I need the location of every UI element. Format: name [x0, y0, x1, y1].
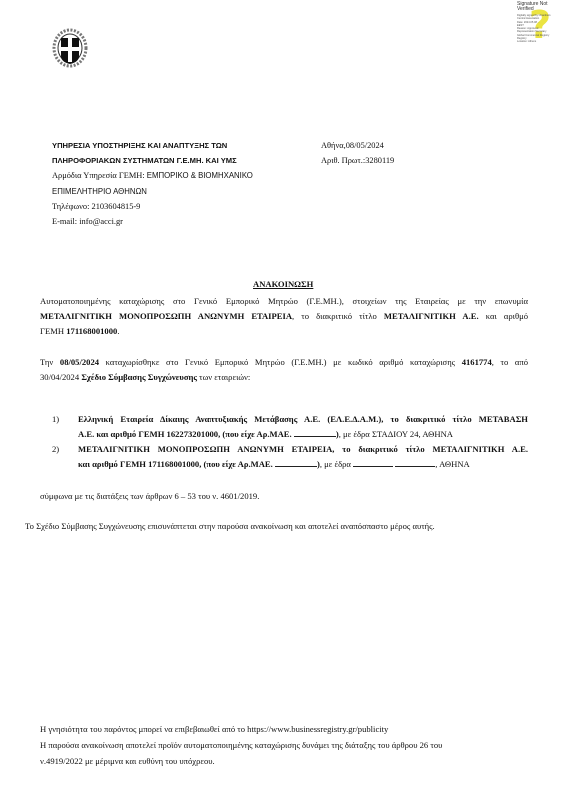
protocol-number: Αριθ. Πρωτ.:3280119: [321, 155, 394, 166]
para1-line3: ΓΕΜΗ 171168001000.: [40, 326, 119, 337]
email-link[interactable]: E-mail: info@acci.gr: [52, 216, 123, 227]
signature-stamp[interactable]: ? Signature Not Verified Digitally signe…: [515, 2, 563, 50]
footer-legal-line1: Η παρούσα ανακοίνωση αποτελεί προϊόν αυτ…: [40, 740, 442, 751]
phone: Τηλέφωνο: 2103604815-9: [52, 201, 140, 212]
para1-line1: Αυτοματοποιημένης καταχώρισης στο Γενικό…: [40, 296, 528, 307]
company-2-number: 2): [52, 444, 59, 455]
para2-line2: 30/04/2024 Σχέδιο Σύμβασης Συγχώνευσης τ…: [40, 372, 250, 383]
attachment-note: Το Σχέδιο Σύμβασης Συγχώνευσης επισυνάπτ…: [25, 521, 435, 532]
para1-line2: ΜΕΤΑΛΙΓΝΙΤΙΚΗ ΜΟΝΟΠΡΟΣΩΠΗ ΑΝΩΝΥΜΗ ΕΤΑΙΡΕ…: [40, 311, 528, 322]
place-date: Αθήνα,08/05/2024: [321, 140, 384, 151]
company-1-number: 1): [52, 414, 59, 425]
signature-status: Signature Not Verified: [517, 2, 563, 12]
para2-line1: Την 08/05/2024 καταχωρίσθηκε στο Γενικό …: [40, 357, 528, 368]
signature-details: Digitally signed by Chambers Central Ass…: [517, 14, 561, 44]
company-2-line1: ΜΕΤΑΛΙΓΝΙΤΙΚΗ ΜΟΝΟΠΡΟΣΩΠΗ ΑΝΩΝΥΜΗ ΕΤΑΙΡΕ…: [78, 444, 528, 455]
company-2-line2: και αριθμό ΓΕΜΗ 171168001000, (που είχε …: [78, 459, 470, 470]
company-1-line2: Α.Ε. και αριθμό ΓΕΜΗ 162273201000, (που …: [78, 429, 453, 440]
footer-verification[interactable]: Η γνησιότητα του παρόντος μπορεί να επιβ…: [40, 724, 388, 735]
legal-basis: σύμφωνα με τις διατάξεις των άρθρων 6 – …: [40, 491, 259, 502]
page-title: ΑΝΑΚΟΙΝΩΣΗ: [253, 279, 313, 290]
competent-service: Αρμόδια Υπηρεσία ΓΕΜΗ: ΕΜΠΟΡΙΚΟ & ΒΙΟΜΗΧ…: [52, 170, 253, 181]
company-1-line1: Ελληνική Εταιρεία Δίκαιης Αναπτυξιακής Μ…: [78, 414, 528, 425]
org-name-line2: ΠΛΗΡΟΦΟΡΙΑΚΩΝ ΣΥΣΤΗΜΑΤΩΝ Γ.Ε.ΜΗ. ΚΑΙ ΥΜΣ: [52, 155, 237, 166]
competent-service-cont: ΕΠΙΜΕΛΗΤΗΡΙΟ ΑΘΗΝΩΝ: [52, 186, 147, 197]
greek-coat-of-arms-emblem: [52, 28, 88, 68]
org-name-line1: ΥΠΗΡΕΣΙΑ ΥΠΟΣΤΗΡΙΞΗΣ ΚΑΙ ΑΝΑΠΤΥΞΗΣ ΤΩΝ: [52, 140, 227, 151]
footer-legal-line2: ν.4919/2022 με μέριμνα και ευθύνη του υπ…: [40, 756, 215, 767]
